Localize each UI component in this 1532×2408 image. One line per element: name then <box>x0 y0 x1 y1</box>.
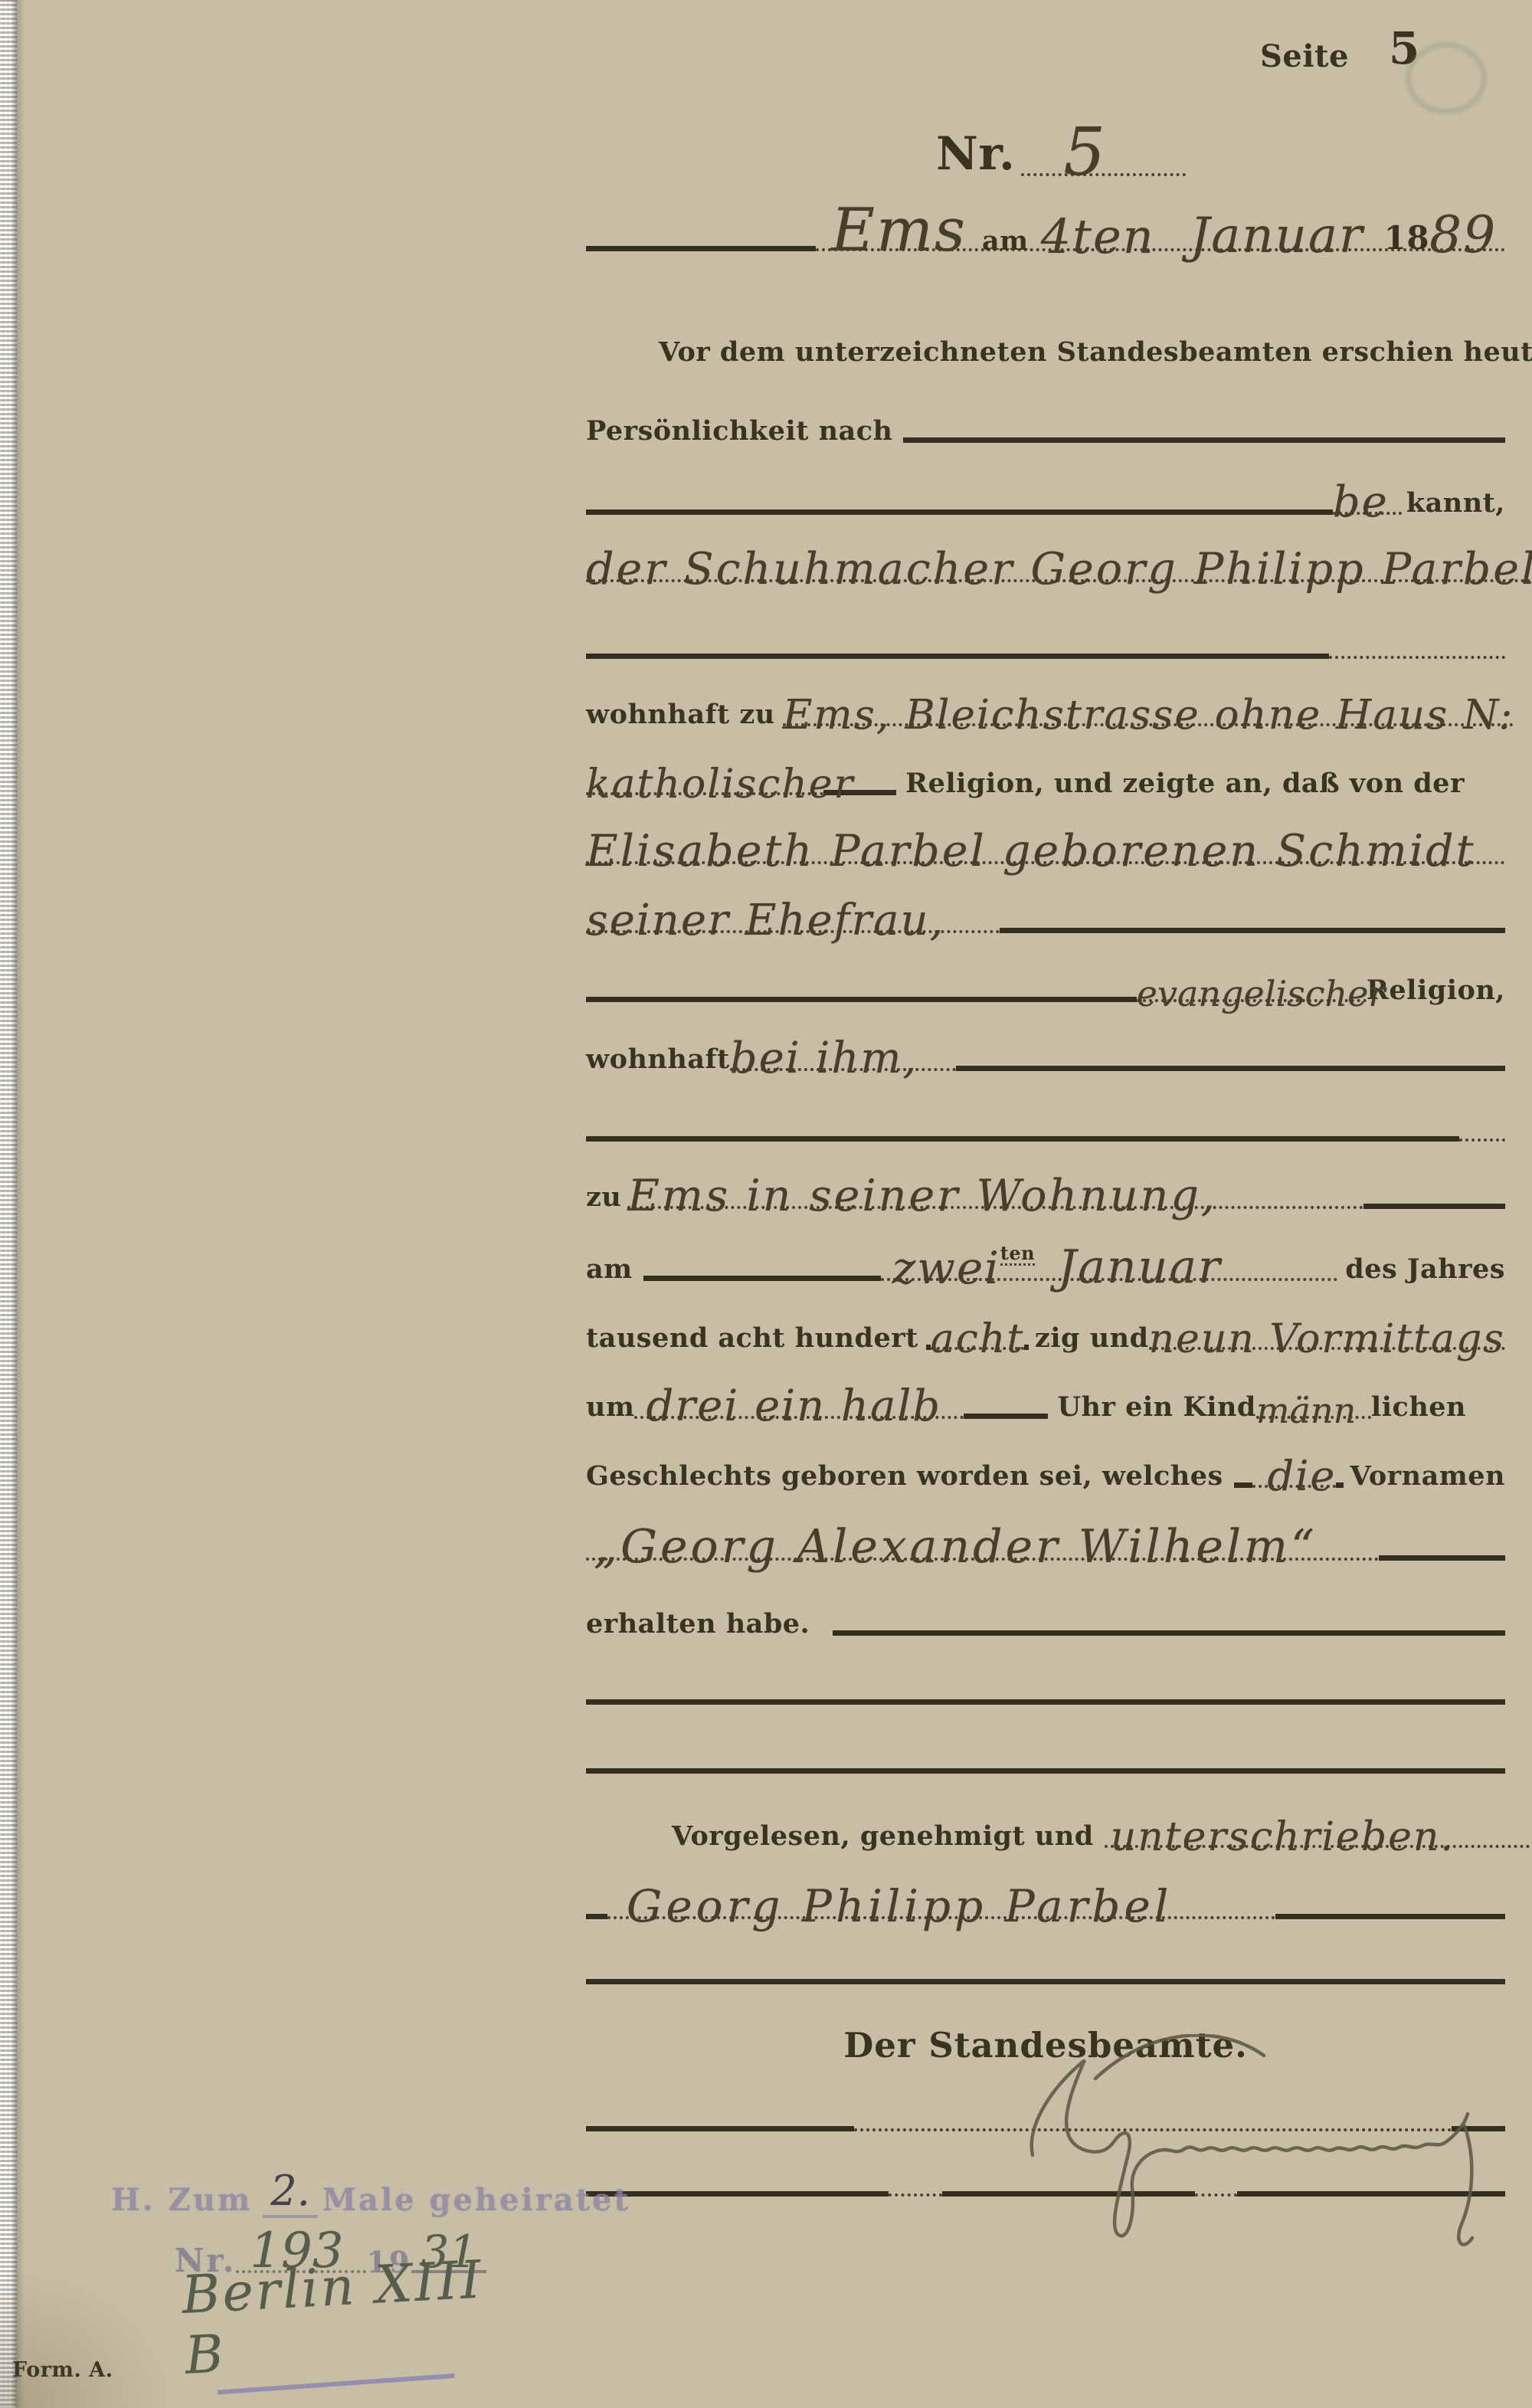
wohnhaft-value: bei ihm, <box>730 1037 918 1080</box>
rule-segment <box>956 1063 1505 1071</box>
declarant-rule: der Schuhmacher Georg Philipp Parbel <box>586 536 1532 582</box>
rule-segment <box>586 2123 854 2131</box>
rule-segment <box>889 2190 942 2197</box>
rule-segment <box>586 1976 1505 1984</box>
declarant-signature-rule: Georg Philipp Parbel <box>607 1872 1275 1919</box>
dateline-rule: Ems am 4ten Januar 18 89 <box>816 188 1505 251</box>
intro-text-1: Vor dem unterzeichneten Standesbeamten e… <box>659 338 1532 372</box>
birth-record-page: Seite 5 Nr. 5 Ems am 4ten Januar 18 89 V… <box>0 0 1532 2408</box>
page-number: 5 <box>1389 25 1420 78</box>
form-footer: Form. A. <box>12 2341 242 2387</box>
rule-segment <box>586 243 816 251</box>
declarant-name: der Schuhmacher Georg Philipp Parbel <box>586 548 1532 591</box>
registry-nr-label: Nr. <box>175 2242 236 2279</box>
rule-segment <box>833 1627 1505 1636</box>
dateline-am: am <box>982 227 1029 257</box>
rule-segment <box>586 1911 607 1919</box>
rule-segment <box>903 434 1505 443</box>
page-header: Seite 5 <box>1260 17 1521 78</box>
dateline: Ems am 4ten Januar 18 89 <box>586 167 1505 259</box>
rule-segment <box>1275 1911 1505 1919</box>
declarant-signature: Georg Philipp Parbel <box>627 1884 1172 1928</box>
child-name-line: „Georg Alexander Wilhelm“ <box>586 1480 1505 1568</box>
registry-nr-rule: 193 <box>236 2213 366 2273</box>
intro-line-1: Vor dem unterzeichneten Standesbeamten e… <box>586 295 1532 372</box>
page-label: Seite <box>1260 40 1349 78</box>
child-name-rule: „Georg Alexander Wilhelm“ <box>586 1512 1379 1561</box>
rule-segment <box>854 2125 1452 2131</box>
rule-segment <box>1195 2190 1237 2197</box>
registry-year-prefix: 19 <box>366 2245 411 2279</box>
official-signature-rule-2 <box>586 2143 1505 2204</box>
rule-segment <box>942 2188 1195 2197</box>
registry-nr-value: 193 <box>250 2223 343 2279</box>
rule-segment <box>1452 2123 1505 2131</box>
erhalten-line: erhalten habe. <box>586 1559 1505 1643</box>
rule-segment <box>586 1696 1505 1705</box>
dateline-day: 4ten <box>1041 213 1155 260</box>
binding-strip <box>0 0 17 2408</box>
rule-segment: Ems in seiner Wohnung, <box>627 1162 1363 1209</box>
registry-year-rule: 31 <box>411 2218 486 2273</box>
rule-segment: bei ihm, <box>730 1025 956 1071</box>
rule-segment <box>1237 2188 1505 2197</box>
dateline-year-hw: 89 <box>1429 210 1497 260</box>
record-number-rule: 5 <box>1021 107 1186 176</box>
form-label: Form. A. <box>12 2359 113 2387</box>
registry-year-value: 31 <box>421 2226 477 2278</box>
declarant-signature-line: Georg Philipp Parbel <box>586 1839 1505 1927</box>
rule-segment <box>586 2188 889 2197</box>
official-title-line: Der Standesbeamte. <box>586 2000 1505 2069</box>
empty-rule-5 <box>586 1931 1505 1992</box>
dateline-year-print: 18 <box>1384 221 1429 256</box>
dateline-month: Januar <box>1190 211 1364 260</box>
ten-suffix: ten <box>1000 1243 1035 1266</box>
identity-line: Persönlichkeit nach <box>586 374 1505 450</box>
dateline-place: Ems <box>831 201 967 260</box>
registry-number-stamp: Nr. 193 19 31 <box>175 2203 573 2279</box>
wohnhaft-line: wohnhaft bei ihm, <box>586 994 1505 1079</box>
wohnhaft-label: wohnhaft <box>586 1045 730 1080</box>
official-signature-rule-1 <box>586 2078 1505 2139</box>
official-title: Der Standesbeamte. <box>843 2026 1248 2069</box>
declarant-line: der Schuhmacher Georg Philipp Parbel <box>586 506 1505 590</box>
empty-rule-3 <box>586 1651 1505 1712</box>
registry-underline <box>218 2374 455 2395</box>
erhalten-label: erhalten habe. <box>586 1610 810 1644</box>
paper-edge-shadow <box>17 0 25 2408</box>
